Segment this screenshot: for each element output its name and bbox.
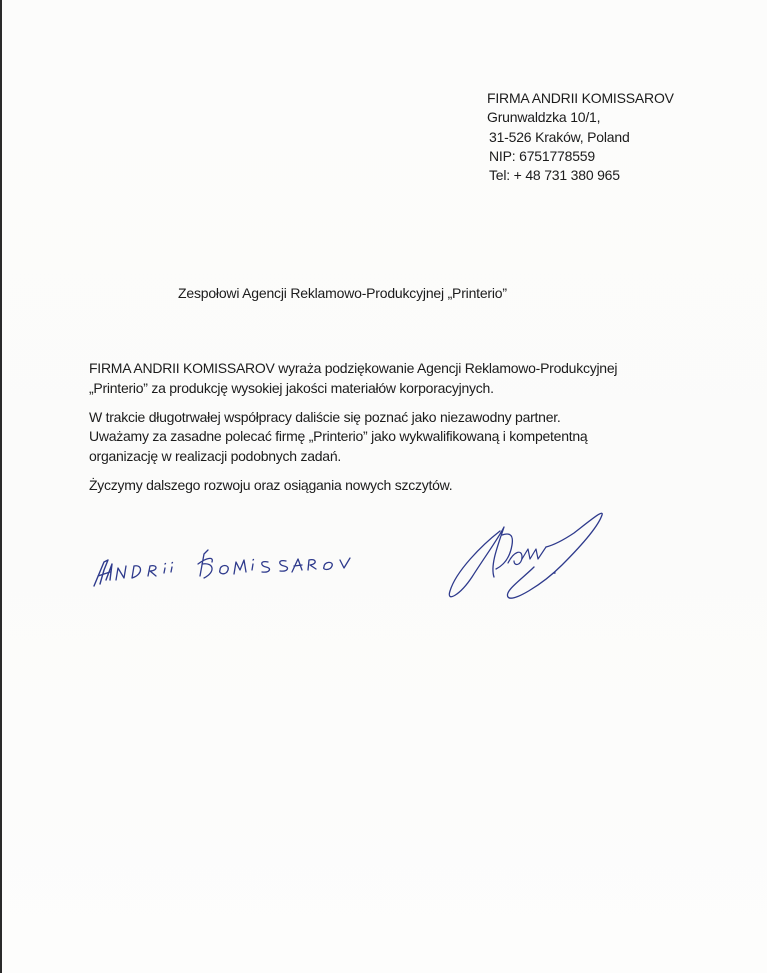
sender-company: FIRMA ANDRII KOMISSAROV [487, 89, 674, 108]
body-line: organizację w realizacji podobnych zadań… [89, 447, 689, 467]
sender-street: Grunwaldzka 10/1, [487, 108, 674, 127]
letter-page: FIRMA ANDRII KOMISSAROV Grunwaldzka 10/1… [0, 0, 767, 973]
sender-phone: Tel: + 48 731 380 965 [487, 166, 674, 185]
handwritten-name-signature [90, 540, 400, 600]
body-line: FIRMA ANDRII KOMISSAROV wyraża podziękow… [89, 359, 689, 379]
body-line: Życzymy dalszego rozwoju oraz osiągania … [89, 476, 689, 496]
sender-nip: NIP: 6751778559 [487, 147, 674, 166]
body-line: W trakcie długotrwałej współpracy daliśc… [89, 408, 689, 428]
sender-address-block: FIRMA ANDRII KOMISSAROV Grunwaldzka 10/1… [487, 89, 674, 185]
letter-body: FIRMA ANDRII KOMISSAROV wyraża podziękow… [89, 350, 689, 505]
recipient-line: Zespołowi Agencji Reklamowo-Produkcyjnej… [178, 285, 507, 301]
body-line: Uważamy za zasadne polecać firmę „Printe… [89, 427, 689, 447]
body-line: „Printerio” za produkcję wysokiej jakośc… [89, 379, 689, 399]
signature-mark [442, 505, 617, 610]
sender-city: 31-526 Kraków, Poland [487, 128, 674, 147]
